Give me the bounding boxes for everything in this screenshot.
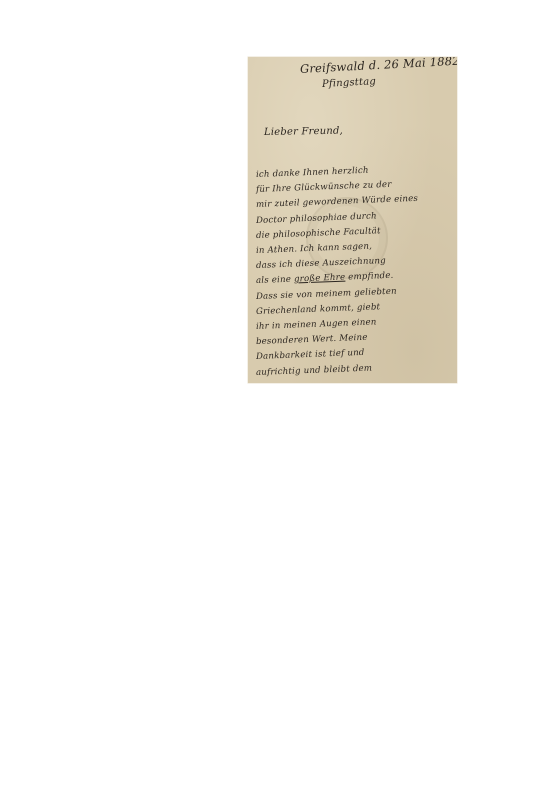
letter-body-line: als eine große Ehre empfinde. [256,271,394,286]
letter-body-line: besonderen Wert. Meine [256,333,368,347]
letter-weekday: Pfingsttag [322,76,377,90]
letter-body-line: aufrichtig und bleibt dem [256,363,373,377]
letter-body-line: Dass sie von meinem geliebten [256,286,397,301]
letter-body-line: für Ihre Glückwünsche zu der [256,180,392,195]
page-background: Greifswald d. 26 Mai 1882 Pfingsttag Lie… [0,0,549,800]
letter-body-line: Griechenland kommt, giebt [256,302,381,317]
letter-salutation: Lieber Freund, [264,126,343,138]
letter-body-line: ihr in meinen Augen einen [256,317,377,332]
letter-body-line: ich danke Ihnen herzlich [256,166,369,180]
letter-body-line: Dankbarkeit ist tief und [256,348,365,362]
letter-scan: Greifswald d. 26 Mai 1882 Pfingsttag Lie… [248,57,457,383]
underlined-phrase: große Ehre [294,273,346,285]
letter-place-date: Greifswald d. 26 Mai 1882 [300,57,457,76]
